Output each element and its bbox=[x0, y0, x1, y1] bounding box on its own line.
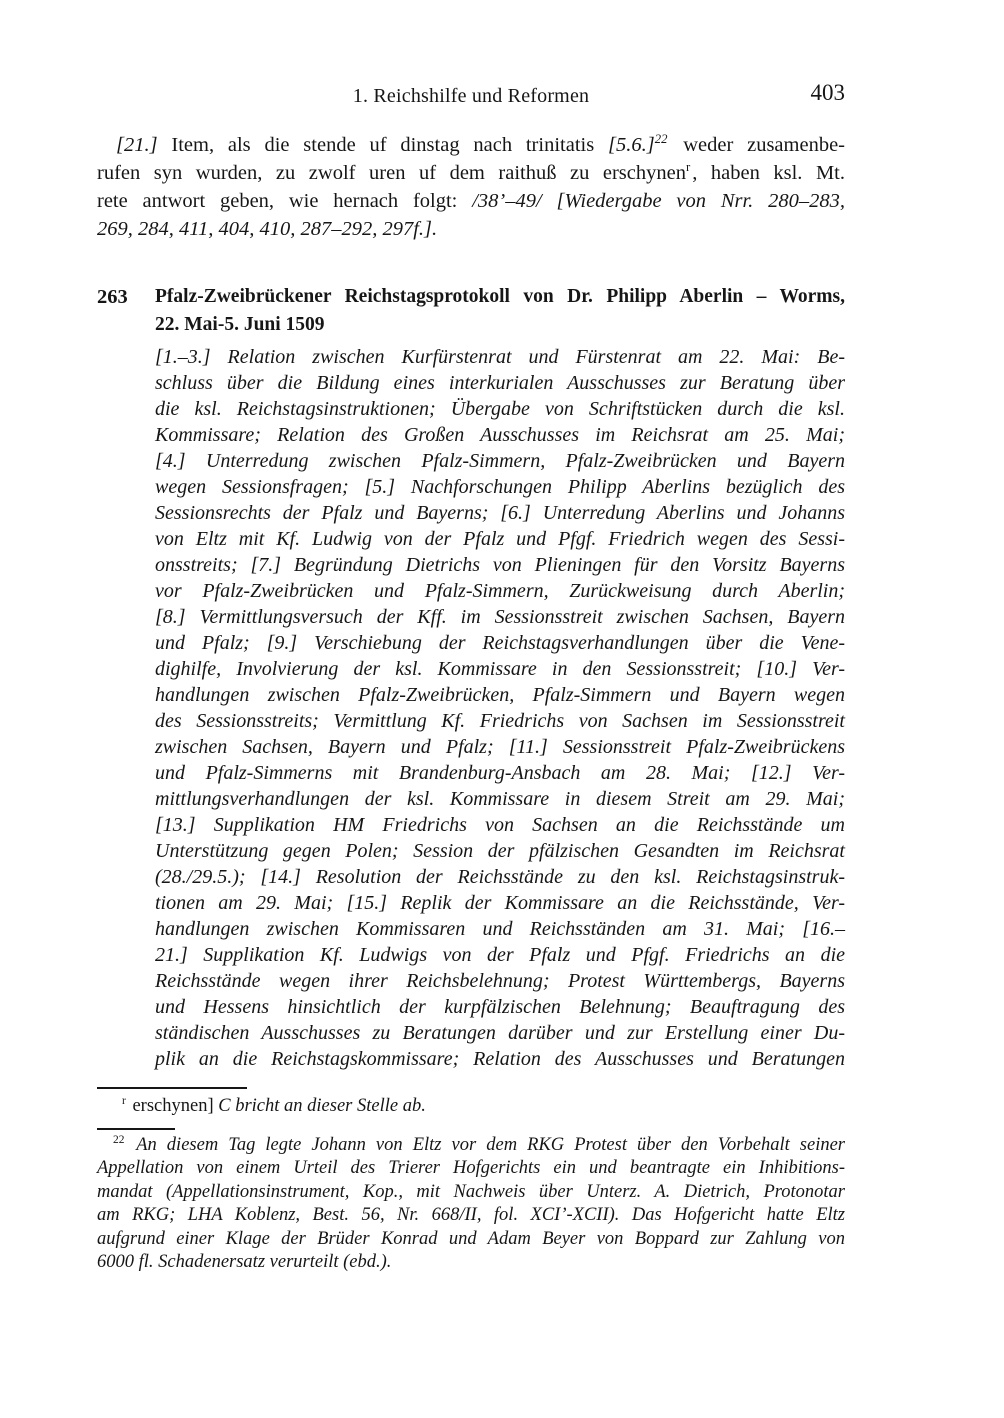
text-segment: mittlungsverhandlungen der ksl. Kommissa… bbox=[155, 788, 845, 810]
text-line: wegen Sessionsfragen; [5.] Nachforschung… bbox=[155, 474, 845, 500]
text-segment: Pfalz-Zweibrückener Reichstagsprotokoll … bbox=[155, 286, 845, 307]
text-line: plik an die Reichstagskommissare; Relati… bbox=[155, 1046, 845, 1072]
text-segment: plik an die Reichstagskommissare; Relati… bbox=[155, 1048, 845, 1070]
text-line: tionen am 29. Mai; [15.] Replik der Komm… bbox=[155, 890, 845, 916]
text-segment: erschynen] bbox=[128, 1096, 218, 1116]
text-line: mittlungsverhandlungen der ksl. Kommissa… bbox=[155, 786, 845, 812]
page-number: 403 bbox=[811, 81, 846, 105]
text-segment: handlungen zwischen Kommissaren und Reic… bbox=[155, 918, 845, 940]
text-line: 22. Mai-5. Juni 1509 bbox=[155, 311, 845, 339]
text-segment: 22 bbox=[655, 132, 668, 146]
footnote-22: 22 An diesem Tag legte Johann von Eltz v… bbox=[97, 1134, 845, 1274]
text-segment: 269, 284, 411, 404, 410, 287–292, 297f.]… bbox=[97, 218, 437, 240]
text-segment: r bbox=[686, 160, 690, 174]
text-line: des Sessionsstreits; Vermittlung Kf. Fri… bbox=[155, 708, 845, 734]
text-line: Reichsstände wegen ihrer Reichsbelehnung… bbox=[155, 968, 845, 994]
text-segment: handlungen zwischen Pfalz-Zweibrücken, P… bbox=[155, 684, 845, 706]
text-segment: schluss über die Bildung eines interkuri… bbox=[155, 372, 845, 394]
entry-summary: [1.–3.] Relation zwischen Kurfürstenrat … bbox=[155, 344, 845, 1072]
text-segment: An diesem Tag legte Johann von Eltz vor … bbox=[126, 1135, 845, 1155]
text-line: Appellation von einem Urteil des Trierer… bbox=[97, 1157, 845, 1180]
text-segment: aufgrund einer Klage der Brüder Konrad u… bbox=[97, 1229, 845, 1249]
text-segment: 21.] Supplikation Kf. Ludwigs von der Pf… bbox=[155, 944, 845, 966]
footnote-separator-rule bbox=[97, 1128, 175, 1130]
text-segment: C bricht an dieser Stelle ab. bbox=[218, 1096, 426, 1116]
text-line: [4.] Unterredung zwischen Pfalz-Simmern,… bbox=[155, 448, 845, 474]
text-line: und Hessens hinsichtlich der kurpfälzisc… bbox=[155, 994, 845, 1020]
text-segment: ständischen Ausschusses zu Beratungen da… bbox=[155, 1022, 845, 1044]
text-segment: und Pfalz; [9.] Verschiebung der Reichst… bbox=[155, 632, 845, 654]
text-segment: mandat (Appellationsinstrument, Kop., mi… bbox=[97, 1182, 845, 1202]
text-line: handlungen zwischen Kommissaren und Reic… bbox=[155, 916, 845, 942]
text-line: 21.] Supplikation Kf. Ludwigs von der Pf… bbox=[155, 942, 845, 968]
text-segment: (28./29.5.); [14.] Resolution der Reichs… bbox=[155, 866, 845, 888]
text-line: vor Pfalz-Zweibrücken und Pfalz-Simmern,… bbox=[155, 578, 845, 604]
text-segment: [5.6.] bbox=[608, 134, 655, 156]
entry-title: Pfalz-Zweibrückener Reichstagsprotokoll … bbox=[155, 283, 845, 339]
text-segment: rufen syn wurden, zu zwolf uren uf dem r… bbox=[97, 162, 686, 184]
text-line: r erschynen] C bricht an dieser Stelle a… bbox=[97, 1094, 845, 1118]
text-segment: Kommissare; Relation des Großen Ausschus… bbox=[155, 424, 845, 446]
text-segment: r bbox=[122, 1095, 126, 1107]
text-line: und Pfalz; [9.] Verschiebung der Reichst… bbox=[155, 630, 845, 656]
text-line: und Pfalz-Simmerns mit Brandenburg-Ansba… bbox=[155, 760, 845, 786]
text-segment: wegen Sessionsfragen; [5.] Nachforschung… bbox=[155, 476, 845, 498]
text-segment: und Pfalz-Simmerns mit Brandenburg-Ansba… bbox=[155, 762, 845, 784]
text-line: die ksl. Reichstagsinstruktionen; Überga… bbox=[155, 396, 845, 422]
text-line: Unterstützung gegen Polen; Session der p… bbox=[155, 838, 845, 864]
text-segment: [21.] bbox=[116, 134, 158, 156]
paragraph-21: [21.] Item, als die stende uf dinstag na… bbox=[97, 131, 845, 243]
text-segment: dighilfe, Involvierung der ksl. Kommissa… bbox=[155, 658, 845, 680]
text-segment: onsstreits; [7.] Begründung Dietrichs vo… bbox=[155, 554, 845, 576]
text-line: mandat (Appellationsinstrument, Kop., mi… bbox=[97, 1181, 845, 1204]
text-segment: Reichsstände wegen ihrer Reichsbelehnung… bbox=[155, 970, 845, 992]
text-line: onsstreits; [7.] Begründung Dietrichs vo… bbox=[155, 552, 845, 578]
text-line: handlungen zwischen Pfalz-Zweibrücken, P… bbox=[155, 682, 845, 708]
text-line: Sessionsrechts der Pfalz und Bayerns; [6… bbox=[155, 500, 845, 526]
text-segment: zwischen Sachsen, Bayern und Pfalz; [11.… bbox=[155, 736, 845, 758]
text-line: Pfalz-Zweibrückener Reichstagsprotokoll … bbox=[155, 283, 845, 311]
entry-number: 263 bbox=[97, 283, 128, 311]
entry-263: 263 Pfalz-Zweibrückener Reichstagsprotok… bbox=[97, 283, 845, 1072]
text-segment: [1.–3.] Relation zwischen Kurfürstenrat … bbox=[155, 346, 845, 368]
text-segment: [4.] Unterredung zwischen Pfalz-Simmern,… bbox=[155, 450, 845, 472]
text-line: aufgrund einer Klage der Brüder Konrad u… bbox=[97, 1228, 845, 1251]
text-line: rete antwort geben, wie hernach folgt: /… bbox=[97, 187, 845, 215]
apparatus-note-r: r erschynen] C bricht an dieser Stelle a… bbox=[97, 1094, 845, 1118]
text-segment: /38’–49/ [Wiedergabe von Nrr. 280–283, bbox=[472, 190, 845, 212]
text-segment: Item, als die stende uf dinstag nach tri… bbox=[158, 134, 608, 156]
text-line: [8.] Vermittlungsversuch der Kff. im Ses… bbox=[155, 604, 845, 630]
text-line: Kommissare; Relation des Großen Ausschus… bbox=[155, 422, 845, 448]
text-segment: [13.] Supplikation HM Friedrichs von Sac… bbox=[155, 814, 845, 836]
text-segment: 22. Mai-5. Juni 1509 bbox=[155, 314, 325, 335]
text-segment: von Eltz mit Kf. Ludwig von der Pfalz un… bbox=[155, 528, 845, 550]
text-segment: vor Pfalz-Zweibrücken und Pfalz-Simmern,… bbox=[155, 580, 845, 602]
text-line: von Eltz mit Kf. Ludwig von der Pfalz un… bbox=[155, 526, 845, 552]
text-segment: [8.] Vermittlungsversuch der Kff. im Ses… bbox=[155, 606, 845, 628]
text-line: [1.–3.] Relation zwischen Kurfürstenrat … bbox=[155, 344, 845, 370]
text-line: [13.] Supplikation HM Friedrichs von Sac… bbox=[155, 812, 845, 838]
text-line: rufen syn wurden, zu zwolf uren uf dem r… bbox=[97, 159, 845, 187]
text-segment: Unterstützung gegen Polen; Session der p… bbox=[155, 840, 845, 862]
text-line: 269, 284, 411, 404, 410, 287–292, 297f.]… bbox=[97, 215, 845, 243]
book-page: 1. Reichshilfe und Reformen 403 [21.] It… bbox=[0, 0, 1004, 1418]
text-segment: 6000 fl. Schadenersatz verurteilt (ebd.)… bbox=[97, 1252, 391, 1272]
text-segment: tionen am 29. Mai; [15.] Replik der Komm… bbox=[155, 892, 845, 914]
text-segment: , haben ksl. Mt. bbox=[692, 162, 845, 184]
text-line: am RKG; LHA Koblenz, Best. 56, Nr. 668/I… bbox=[97, 1204, 845, 1227]
text-line: dighilfe, Involvierung der ksl. Kommissa… bbox=[155, 656, 845, 682]
text-line: schluss über die Bildung eines interkuri… bbox=[155, 370, 845, 396]
text-line: 22 An diesem Tag legte Johann von Eltz v… bbox=[97, 1134, 845, 1157]
text-segment: Appellation von einem Urteil des Trierer… bbox=[97, 1158, 845, 1178]
text-segment: des Sessionsstreits; Vermittlung Kf. Fri… bbox=[155, 710, 845, 732]
text-segment: Sessionsrechts der Pfalz und Bayerns; [6… bbox=[155, 502, 845, 524]
text-line: (28./29.5.); [14.] Resolution der Reichs… bbox=[155, 864, 845, 890]
text-segment: und Hessens hinsichtlich der kurpfälzisc… bbox=[155, 996, 845, 1018]
text-segment: 22 bbox=[113, 1134, 124, 1146]
running-header: 1. Reichshilfe und Reformen 403 bbox=[97, 84, 845, 110]
text-line: 6000 fl. Schadenersatz verurteilt (ebd.)… bbox=[97, 1251, 845, 1274]
apparatus-separator-rule bbox=[97, 1087, 247, 1089]
running-title: 1. Reichshilfe und Reformen bbox=[97, 84, 845, 108]
text-segment: rete antwort geben, wie hernach folgt: bbox=[97, 190, 472, 212]
text-line: [21.] Item, als die stende uf dinstag na… bbox=[97, 131, 845, 159]
text-line: zwischen Sachsen, Bayern und Pfalz; [11.… bbox=[155, 734, 845, 760]
text-segment: weder zusamenbe- bbox=[669, 134, 845, 156]
text-segment: die ksl. Reichstagsinstruktionen; Überga… bbox=[155, 398, 845, 420]
text-segment: am RKG; LHA Koblenz, Best. 56, Nr. 668/I… bbox=[97, 1205, 845, 1225]
text-line: ständischen Ausschusses zu Beratungen da… bbox=[155, 1020, 845, 1046]
